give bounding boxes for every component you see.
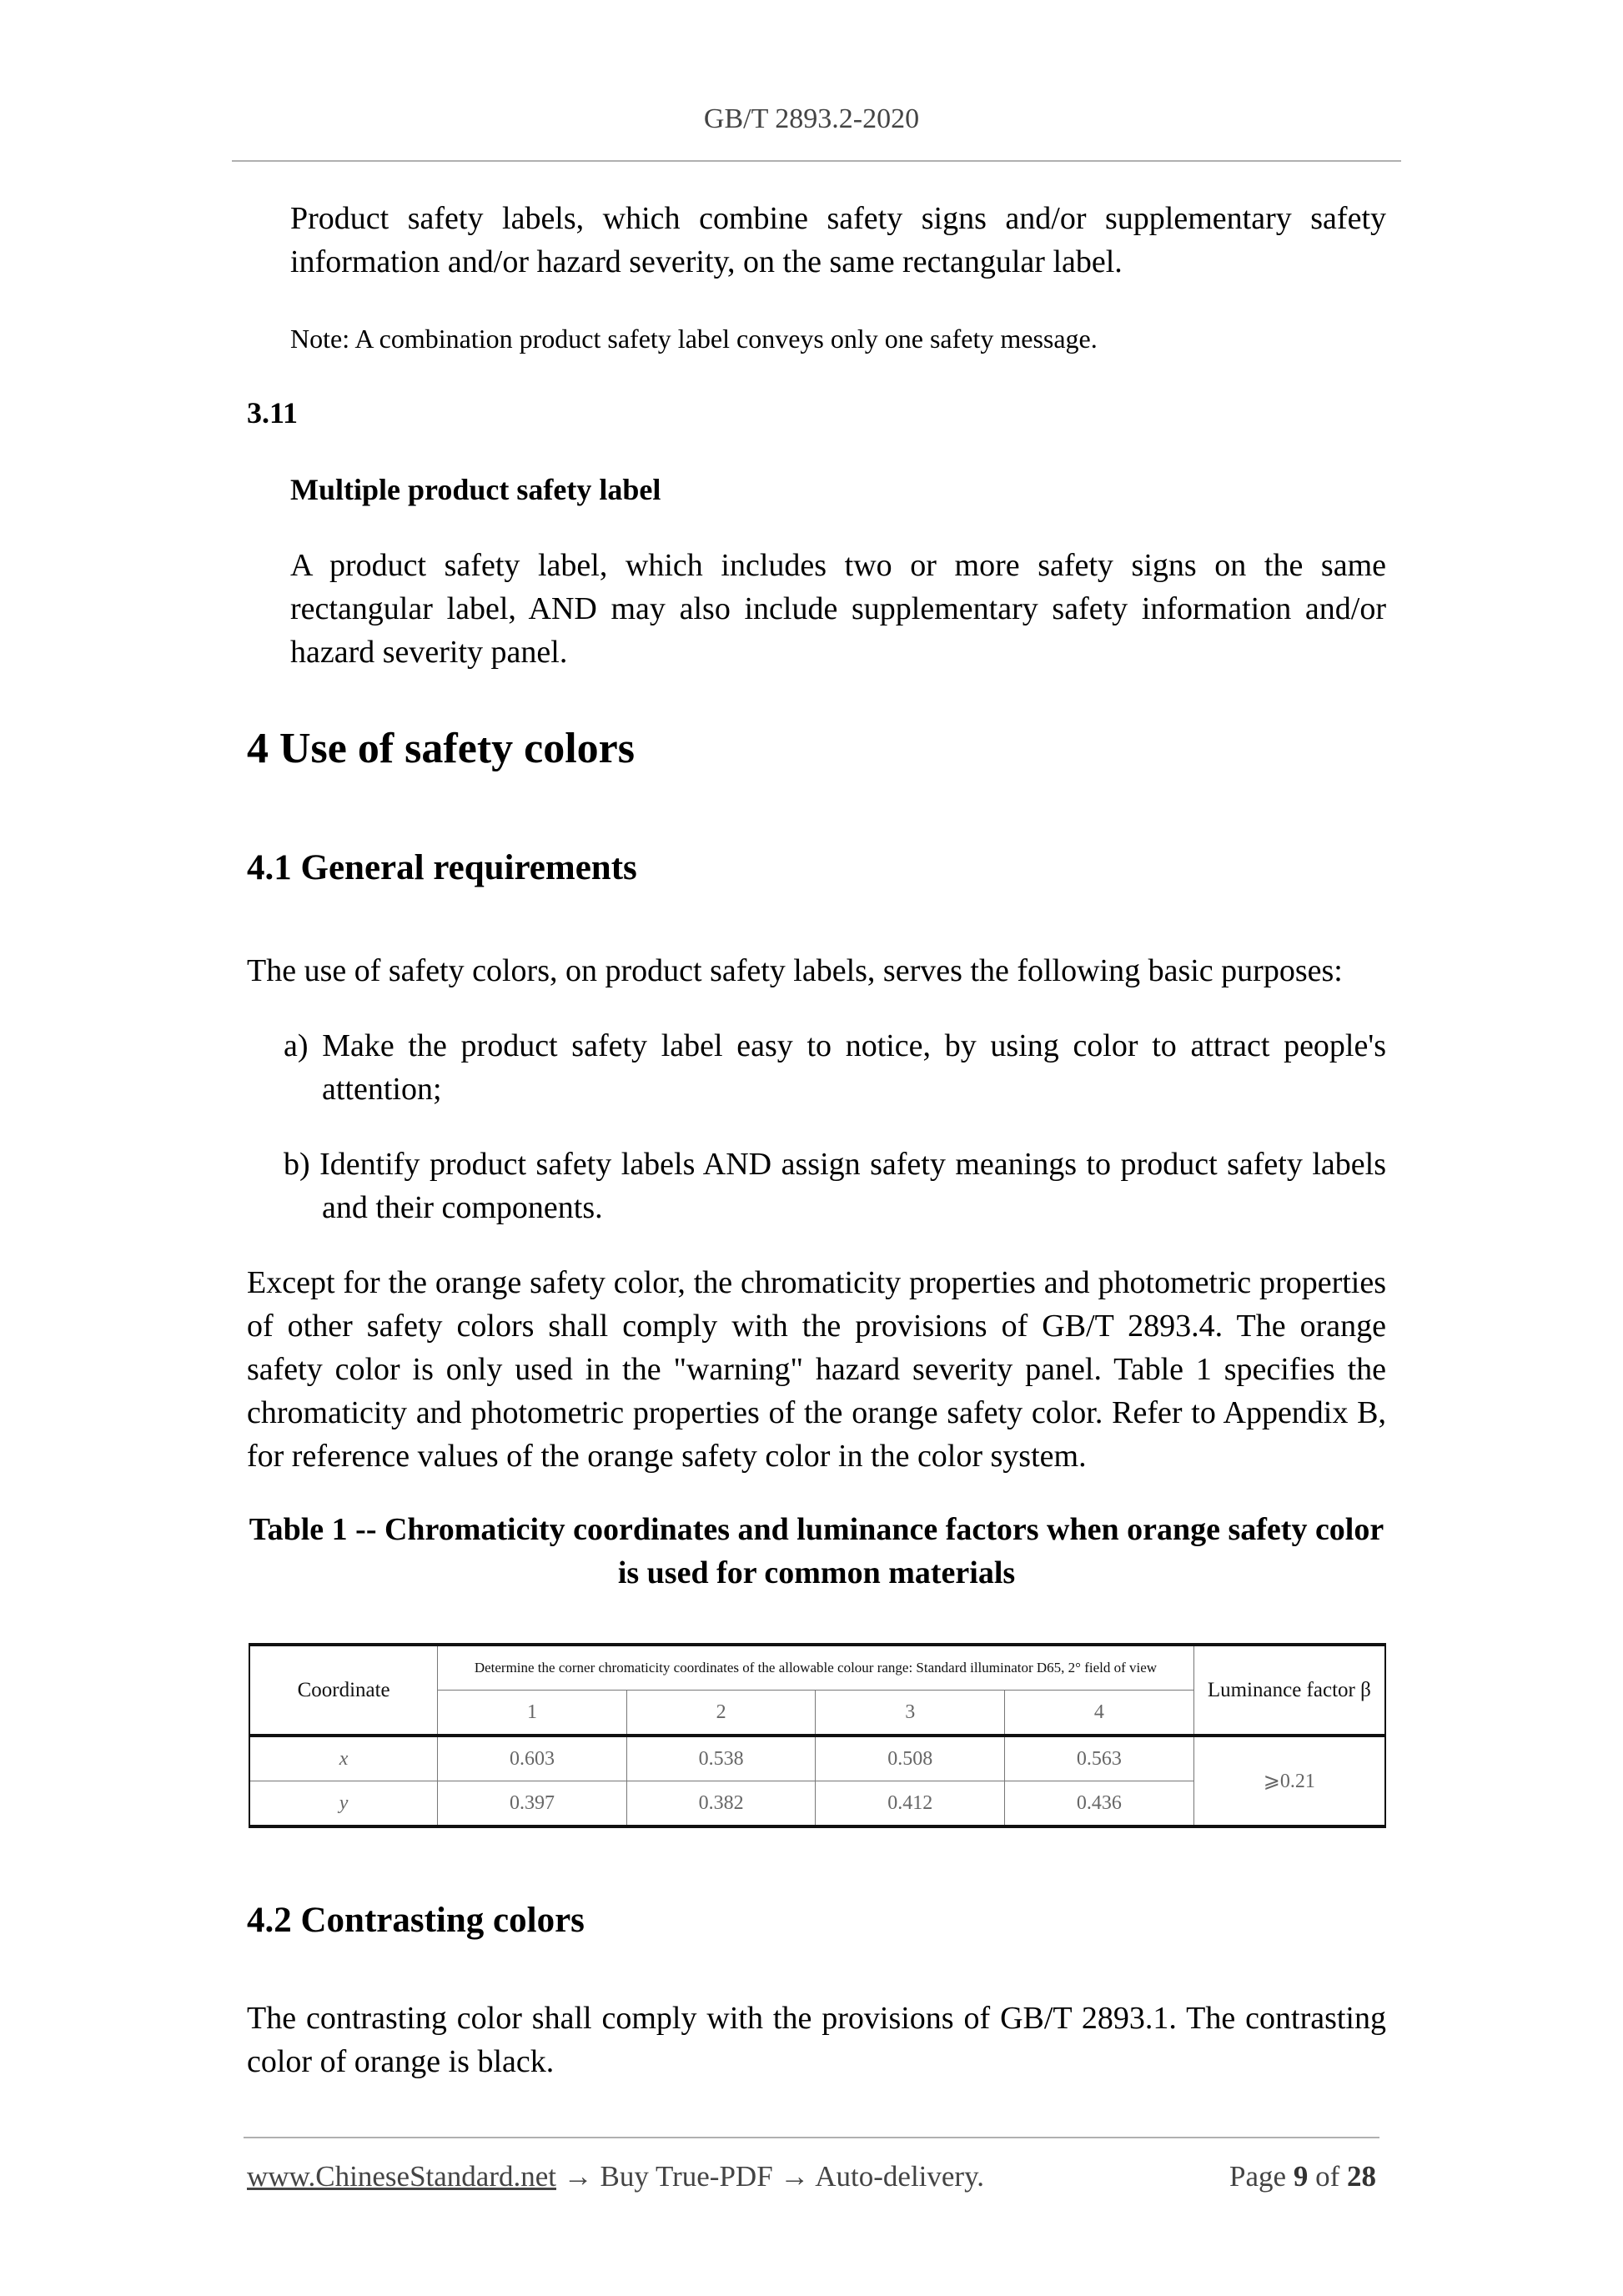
luminance-value: ⩾0.21 <box>1193 1736 1385 1826</box>
page-label: Page <box>1229 2160 1286 2193</box>
document-id-header: GB/T 2893.2-2020 <box>0 103 1623 135</box>
page-indicator: Page 9 of 28 <box>1229 2160 1376 2193</box>
table-1-title: Table 1 -- Chromaticity coordinates and … <box>247 1508 1386 1595</box>
col-header-luminance: Luminance factor β <box>1193 1645 1385 1736</box>
table-row: x 0.603 0.538 0.508 0.563 ⩾0.21 <box>249 1736 1385 1781</box>
arrow-right-icon: → <box>780 2160 809 2193</box>
row-coord-x: x <box>249 1736 438 1781</box>
intro-note: Note: A combination product safety label… <box>290 320 1386 357</box>
cell-value: 0.508 <box>816 1736 1005 1781</box>
col-header-3: 3 <box>816 1691 1005 1736</box>
term-multiple-product-safety-label: Multiple product safety label <box>290 472 661 507</box>
auto-delivery-text: Auto-delivery. <box>815 2160 984 2193</box>
contrasting-color-paragraph: The contrasting color shall comply with … <box>247 1997 1386 2083</box>
page-current: 9 <box>1294 2160 1309 2193</box>
list-text: Identify product safety labels AND assig… <box>319 1147 1386 1225</box>
cell-value: 0.412 <box>816 1781 1005 1827</box>
section-4-2-heading: 4.2 Contrasting colors <box>247 1900 585 1941</box>
col-header-coordinate: Coordinate <box>249 1645 438 1736</box>
page-total: 28 <box>1347 2160 1376 2193</box>
section-4-1-heading: 4.1 General requirements <box>247 847 637 888</box>
cell-value: 0.436 <box>1005 1781 1194 1827</box>
safety-color-paragraph: Except for the orange safety color, the … <box>247 1261 1386 1478</box>
list-text: Make the product safety label easy to no… <box>322 1028 1386 1107</box>
header-divider <box>232 160 1401 162</box>
arrow-right-icon: → <box>564 2160 593 2193</box>
cell-value: 0.563 <box>1005 1736 1194 1781</box>
cell-value: 0.538 <box>626 1736 816 1781</box>
col-header-2: 2 <box>626 1691 816 1736</box>
col-header-4: 4 <box>1005 1691 1194 1736</box>
list-item-b: b) Identify product safety labels AND as… <box>284 1143 1386 1229</box>
cell-value: 0.397 <box>438 1781 627 1827</box>
page-of: of <box>1315 2160 1339 2193</box>
list-item-a: a) Make the product safety label easy to… <box>284 1024 1386 1111</box>
intro-paragraph: Product safety labels, which combine saf… <box>290 197 1386 284</box>
chromaticity-table: Coordinate Determine the corner chromati… <box>249 1643 1386 1828</box>
term-definition: A product safety label, which includes t… <box>290 544 1386 674</box>
list-marker: a) <box>284 1028 309 1063</box>
footer-divider <box>244 2137 1379 2138</box>
row-coord-y: y <box>249 1781 438 1827</box>
cell-value: 0.382 <box>626 1781 816 1827</box>
cell-value: 0.603 <box>438 1736 627 1781</box>
list-marker: b) <box>284 1147 310 1182</box>
website-link[interactable]: www.ChineseStandard.net <box>247 2160 556 2193</box>
purposes-lead: The use of safety colors, on product saf… <box>247 949 1386 992</box>
section-4-heading: 4 Use of safety colors <box>247 724 635 773</box>
clause-number-3-11: 3.11 <box>247 395 298 430</box>
footer-promo: www.ChineseStandard.net → Buy True-PDF →… <box>247 2160 984 2193</box>
buy-true-pdf-text: Buy True-PDF <box>600 2160 773 2193</box>
col-header-1: 1 <box>438 1691 627 1736</box>
col-header-chromaticity: Determine the corner chromaticity coordi… <box>438 1645 1193 1691</box>
